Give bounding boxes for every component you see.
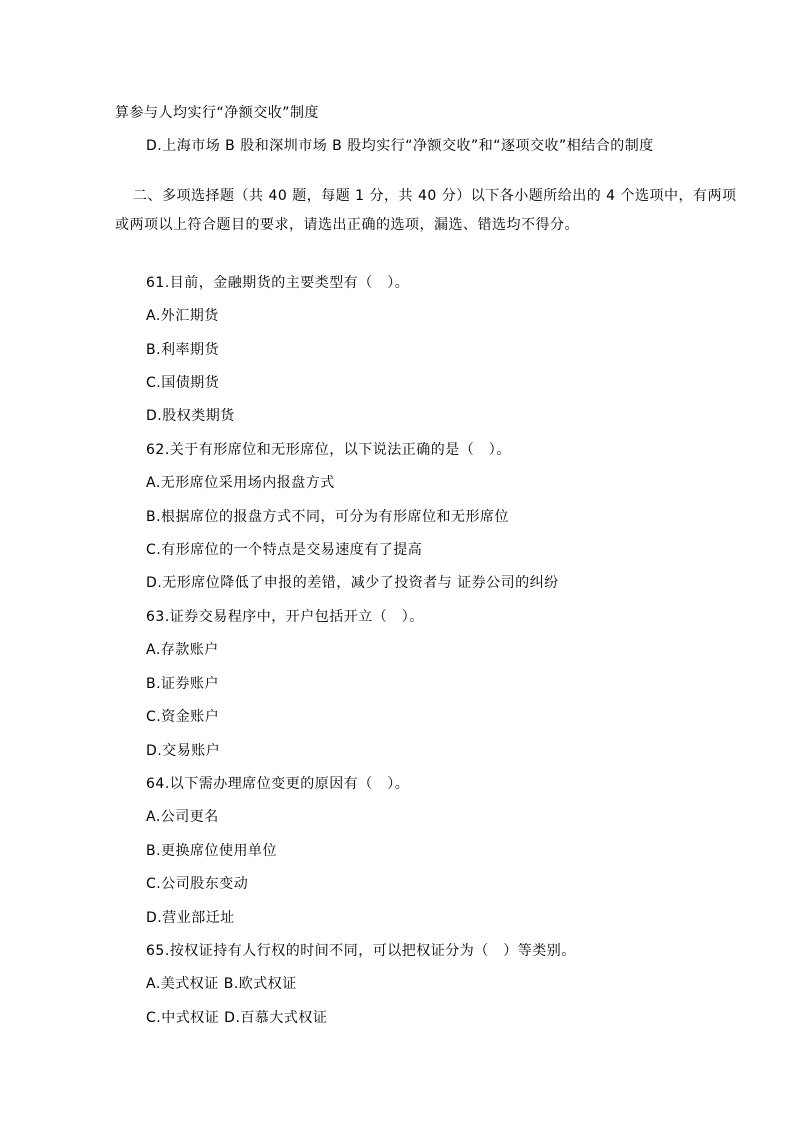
question-61-option-a: A.外汇期货 [146, 300, 794, 333]
question-62-option-a: A.无形席位采用场内报盘方式 [146, 467, 794, 500]
prev-question-option-d: D.上海市场 B 股和深圳市场 B 股均实行“净额交收”和“逐项交收”相结合的制… [146, 130, 794, 163]
question-64-option-a: A.公司更名 [146, 801, 794, 834]
question-62-option-b: B.根据席位的报盘方式不同，可分为有形席位和无形席位 [146, 501, 794, 534]
question-62-option-c: C.有形席位的一个特点是交易速度有了提高 [146, 534, 794, 567]
question-61-option-b: B.利率期货 [146, 334, 794, 367]
question-62-text: 62.关于有形席位和无形席位，以下说法正确的是（ ）。 [146, 434, 794, 467]
question-61-option-d: D.股权类期货 [146, 400, 794, 433]
question-64-option-b: B.更换席位使用单位 [146, 835, 794, 868]
question-64-option-c: C.公司股东变动 [146, 868, 794, 901]
question-63-option-d: D.交易账户 [146, 735, 794, 768]
question-64-option-d: D.营业部迁址 [146, 902, 794, 935]
question-61-option-c: C.国债期货 [146, 367, 794, 400]
question-61-text: 61.目前，金融期货的主要类型有（ ）。 [146, 267, 794, 300]
question-62-option-d: D.无形席位降低了申报的差错，减少了投资者与 证券公司的纠纷 [146, 567, 794, 600]
question-63-text: 63.证券交易程序中，开户包括开立（ ）。 [146, 601, 794, 634]
section-header-line-2: 或两项以上符合题目的要求，请选出正确的选项，漏选、错选均不得分。 [115, 211, 794, 241]
question-65-options-cd: C.中式权证 D.百慕大式权证 [146, 1002, 794, 1035]
question-63-option-c: C.资金账户 [146, 701, 794, 734]
paragraph-continuation: 算参与人均实行“净额交收”制度 [115, 97, 794, 130]
question-64-text: 64.以下需办理席位变更的原因有（ ）。 [146, 768, 794, 801]
question-65-text: 65.按权证持有人行权的时间不同，可以把权证分为（ ）等类别。 [146, 935, 794, 968]
document-page: 算参与人均实行“净额交收”制度 D.上海市场 B 股和深圳市场 B 股均实行“净… [0, 0, 794, 1123]
question-63-option-a: A.存款账户 [146, 634, 794, 667]
question-65-options-ab: A.美式权证 B.欧式权证 [146, 968, 794, 1001]
section-header-line-1: 二、多项选择题（共 40 题，每题 1 分，共 40 分）以下各小题所给出的 4… [133, 182, 794, 212]
question-63-option-b: B.证券账户 [146, 668, 794, 701]
